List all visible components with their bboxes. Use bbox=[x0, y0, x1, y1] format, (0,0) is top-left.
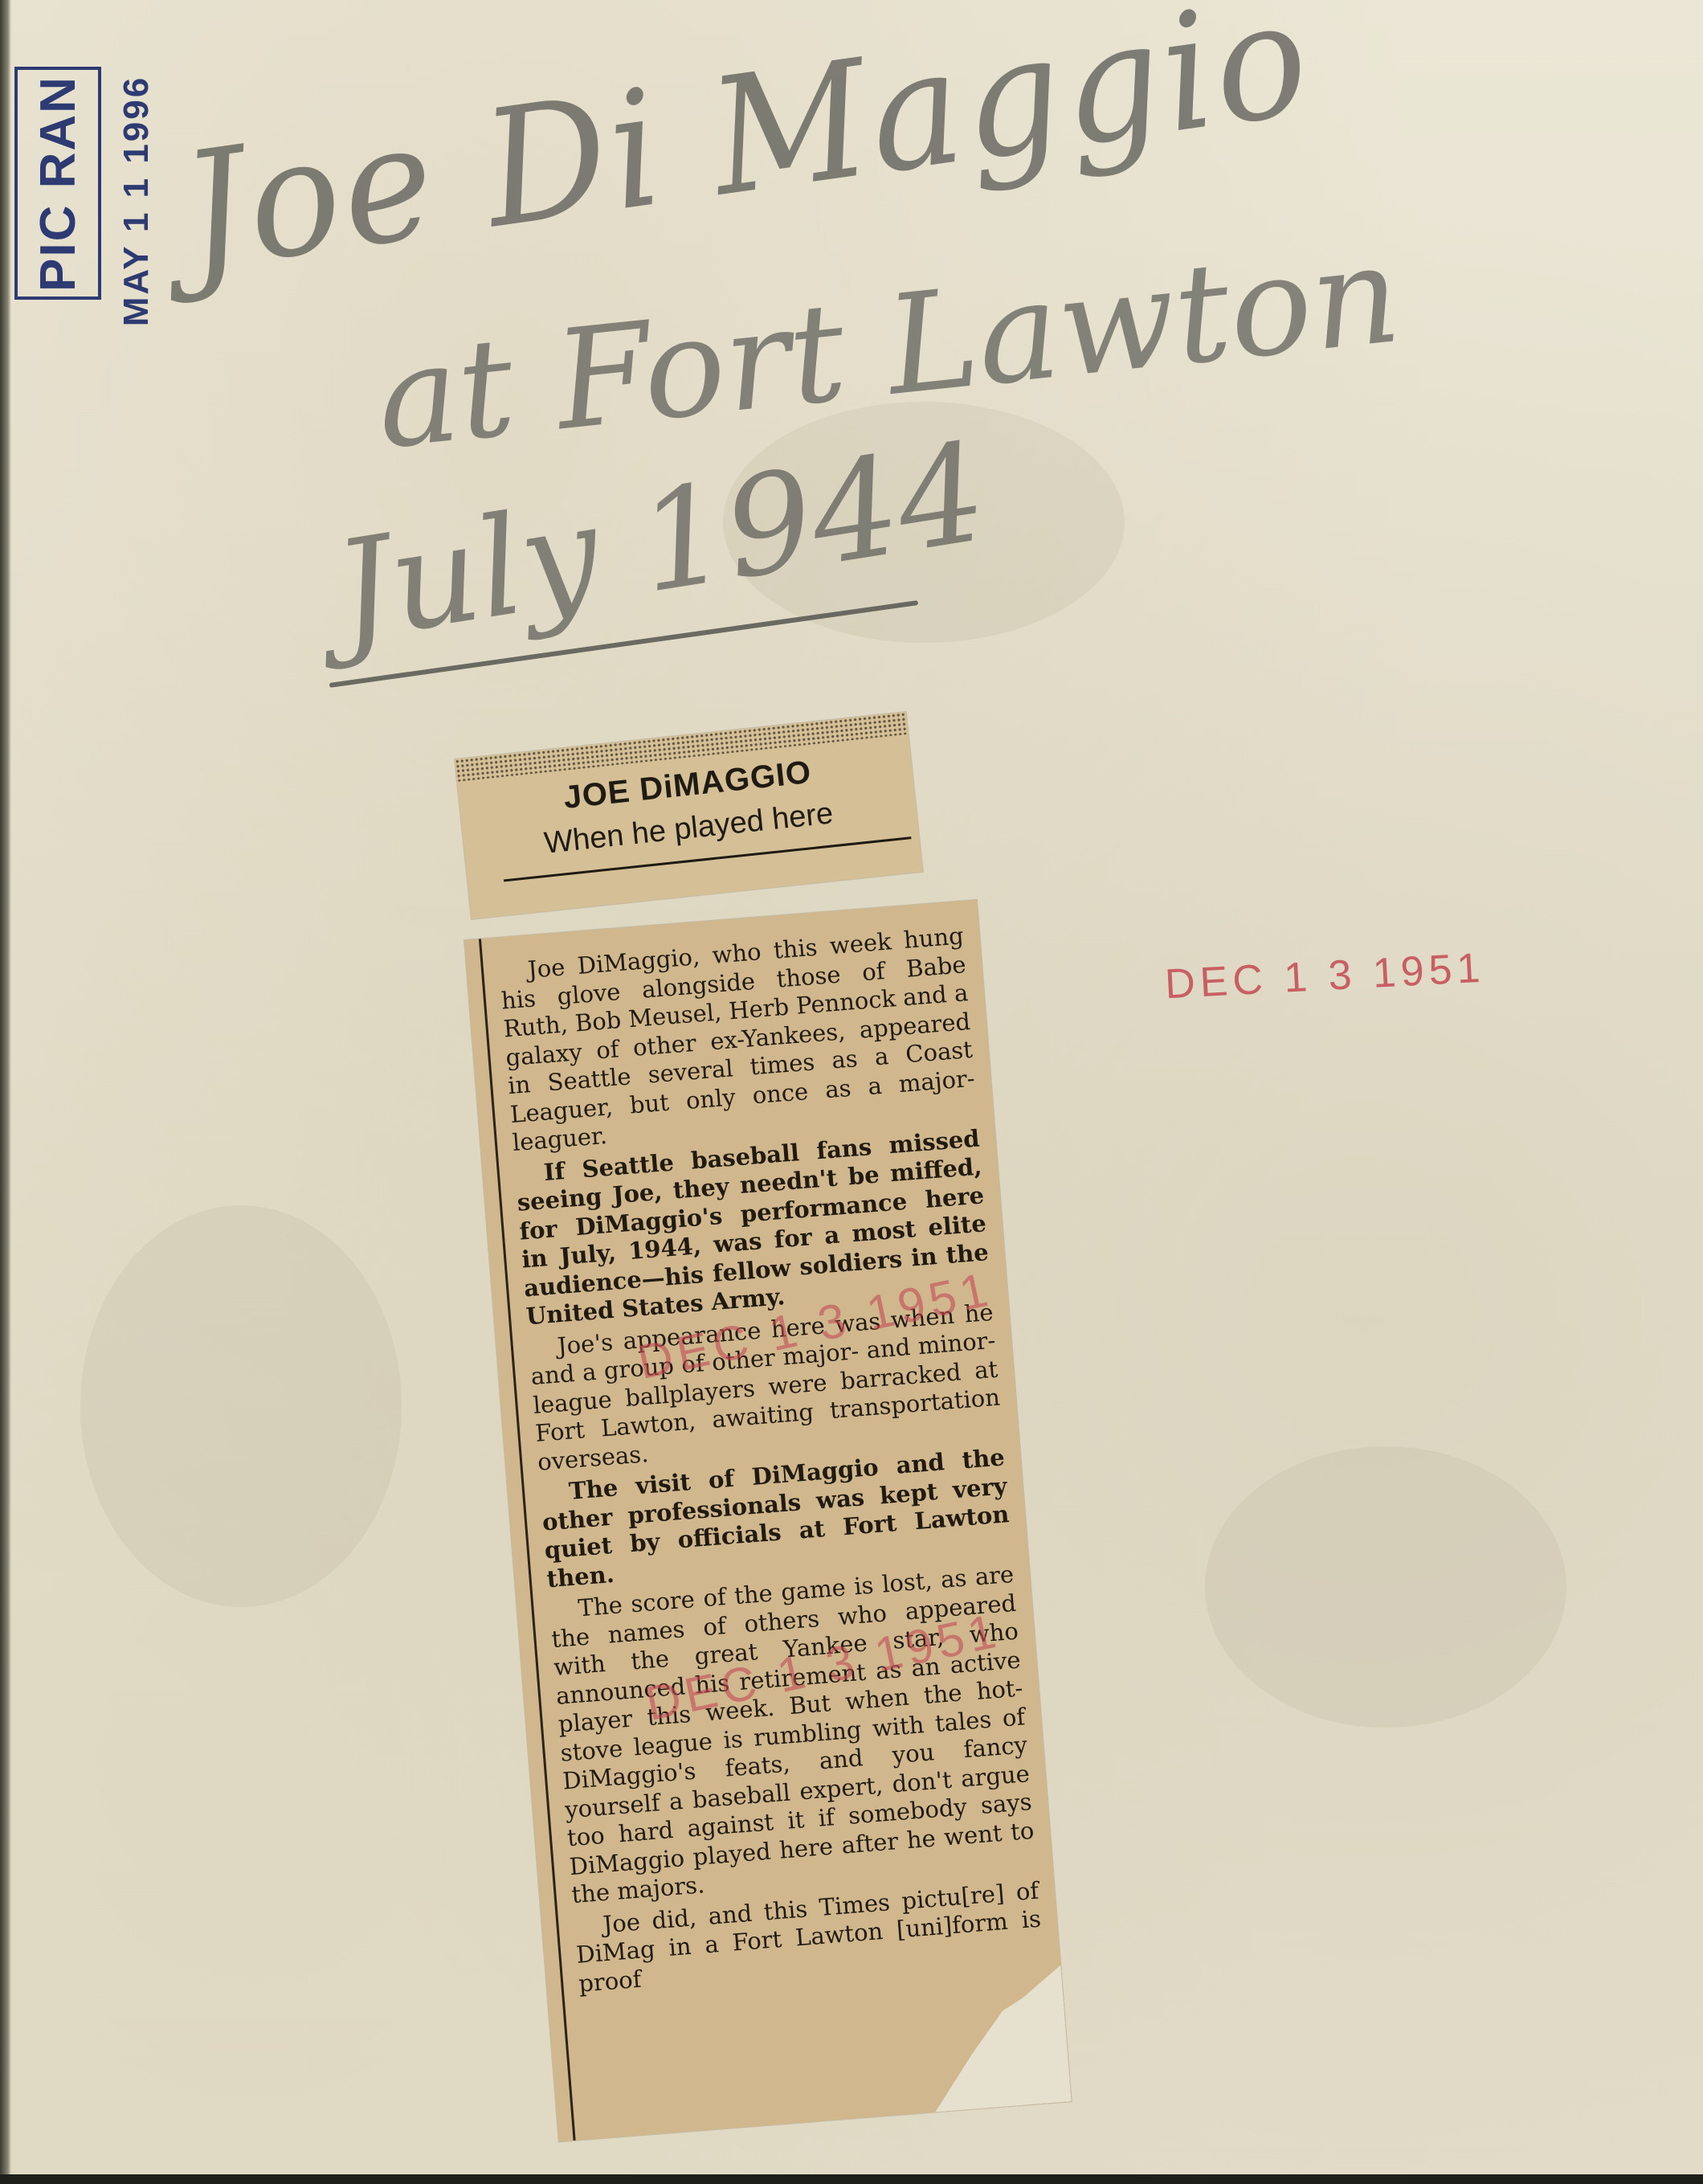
torn-corner bbox=[925, 1965, 1072, 2112]
pic-ran-label: PIC RAN bbox=[30, 76, 87, 292]
photo-left-edge bbox=[0, 0, 11, 2184]
headline-clipping: JOE DiMAGGIO When he played here bbox=[455, 712, 923, 919]
pic-ran-date: MAY 1 1 1996 bbox=[116, 76, 157, 326]
received-date-stamp: DEC 1 3 1951 bbox=[1164, 944, 1486, 1009]
pic-ran-date-stamp: MAY 1 1 1996 bbox=[112, 80, 161, 321]
photo-bottom-edge bbox=[0, 2174, 1703, 2184]
stain bbox=[1205, 1446, 1566, 1728]
pic-ran-stamp: PIC RAN bbox=[14, 67, 101, 300]
article-paragraph: Joe DiMaggio, who this week hung his glo… bbox=[498, 922, 978, 1157]
article-clipping: Joe DiMaggio, who this week hung his glo… bbox=[464, 900, 1072, 2142]
stain bbox=[80, 1205, 402, 1607]
